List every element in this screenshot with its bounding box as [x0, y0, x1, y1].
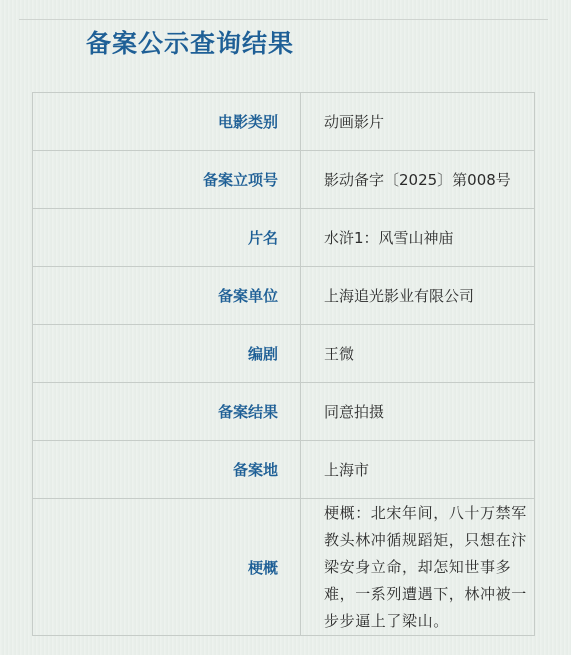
row-value: 动画影片 [301, 93, 535, 151]
table-row-filing-number: 备案立项号 影动备字〔2025〕第008号 [33, 151, 535, 209]
table-row-filing-company: 备案单位 上海追光影业有限公司 [33, 267, 535, 325]
table-row-location: 备案地 上海市 [33, 441, 535, 499]
row-value: 同意拍摄 [301, 383, 535, 441]
row-label: 梗概 [33, 499, 301, 636]
row-value: 影动备字〔2025〕第008号 [301, 151, 535, 209]
row-label: 编剧 [33, 325, 301, 383]
row-value: 水浒1：风雪山神庙 [301, 209, 535, 267]
table-row-title: 片名 水浒1：风雪山神庙 [33, 209, 535, 267]
row-value: 梗概：北宋年间，八十万禁军教头林冲循规蹈矩，只想在汴梁安身立命，却怎知世事多难，… [301, 499, 535, 636]
table-row-synopsis: 梗概 梗概：北宋年间，八十万禁军教头林冲循规蹈矩，只想在汴梁安身立命，却怎知世事… [33, 499, 535, 636]
row-label: 备案地 [33, 441, 301, 499]
page-title: 备案公示查询结果 [86, 27, 294, 61]
row-label: 备案立项号 [33, 151, 301, 209]
row-value: 上海追光影业有限公司 [301, 267, 535, 325]
synopsis-text: 梗概：北宋年间，八十万禁军教头林冲循规蹈矩，只想在汴梁安身立命，却怎知世事多难，… [324, 500, 532, 635]
row-label: 电影类别 [33, 93, 301, 151]
row-value: 王微 [301, 325, 535, 383]
table-row-category: 电影类别 动画影片 [33, 93, 535, 151]
record-table: 电影类别 动画影片 备案立项号 影动备字〔2025〕第008号 片名 水浒1：风… [32, 92, 535, 636]
row-value: 上海市 [301, 441, 535, 499]
table-row-screenwriter: 编剧 王微 [33, 325, 535, 383]
row-label: 片名 [33, 209, 301, 267]
row-label: 备案单位 [33, 267, 301, 325]
row-label: 备案结果 [33, 383, 301, 441]
top-divider [19, 19, 548, 20]
table-row-result: 备案结果 同意拍摄 [33, 383, 535, 441]
